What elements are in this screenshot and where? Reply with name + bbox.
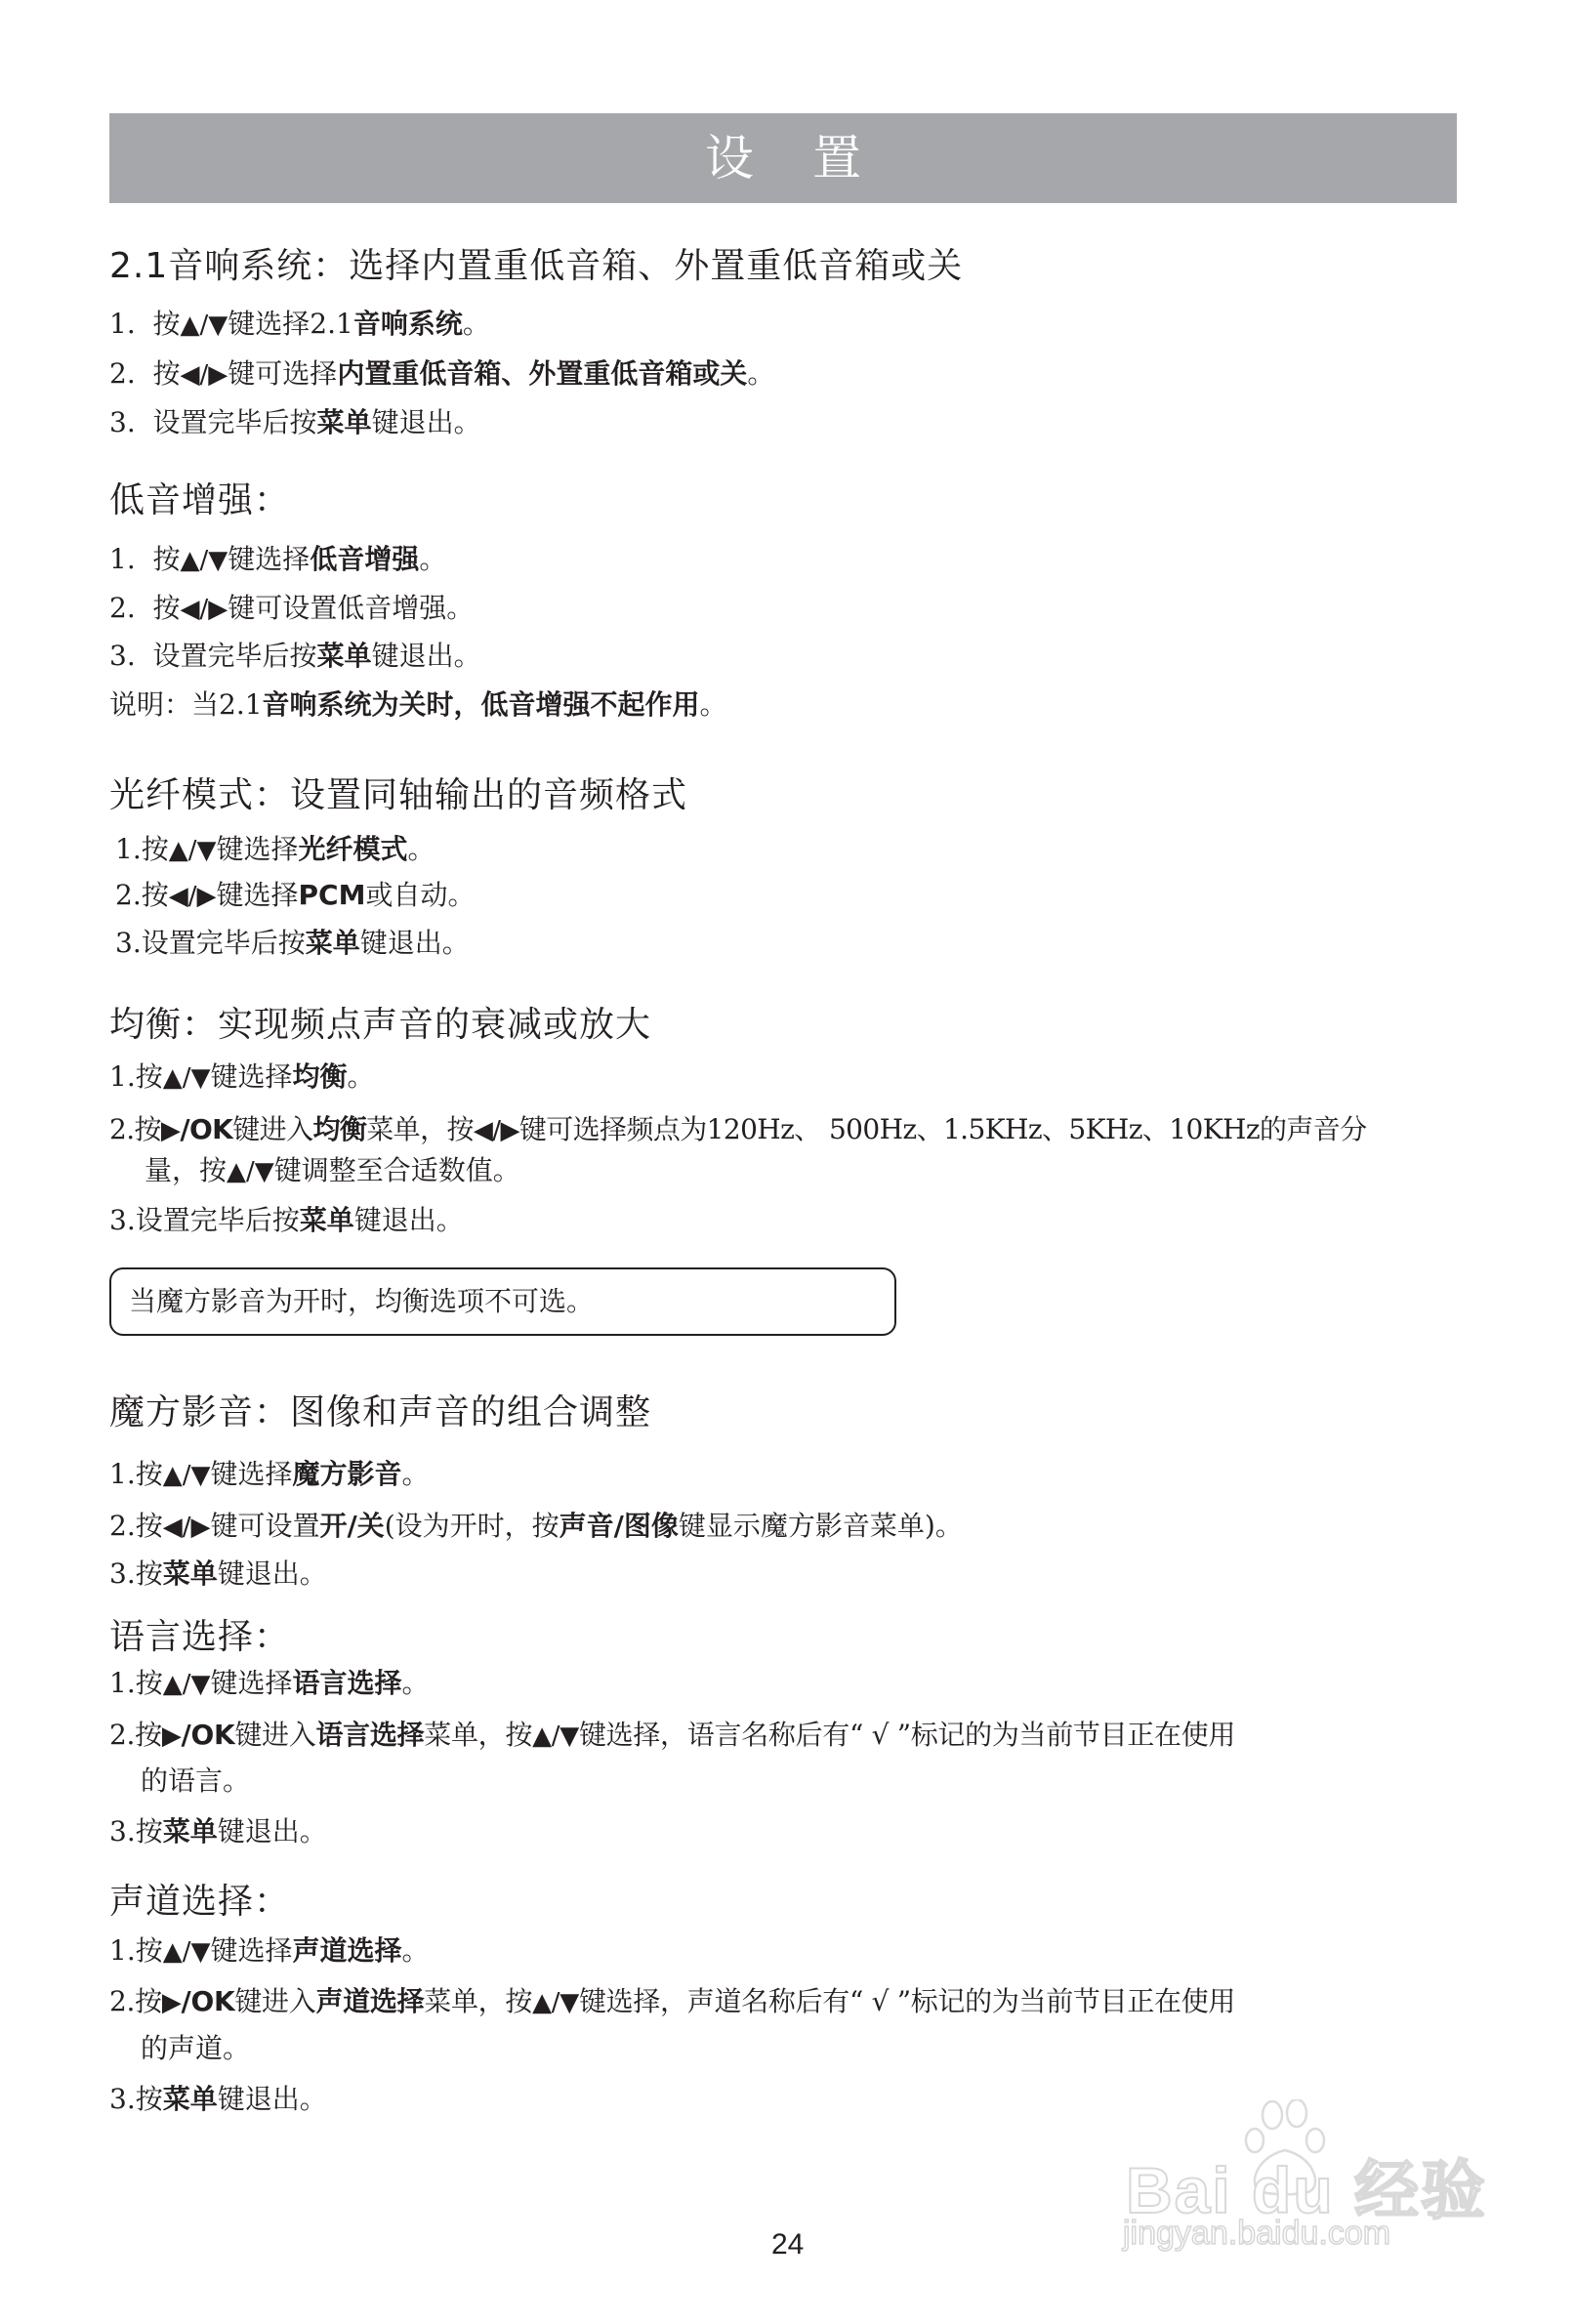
section-heading-equalizer: 均衡：实现频点声音的衰减或放大: [109, 1004, 651, 1047]
item-number: 1.: [109, 1667, 136, 1699]
item-text: 。: [463, 308, 490, 340]
item-text: 按: [142, 879, 169, 911]
left-right-arrow-icon: ◀/▶: [474, 1116, 519, 1145]
item-text: 键选择，声道名称后有“ √ ”标记的为当前节目正在使用: [579, 1985, 1235, 2017]
list-item-continuation: 量，按▲/▼键调整至合适数值。: [145, 1153, 520, 1189]
item-bold-text: 语言选择: [315, 1719, 424, 1751]
up-down-arrow-icon: ▲/▼: [163, 1937, 211, 1967]
item-number: 3.: [115, 927, 142, 959]
item-text: 键可设置低音增强。: [228, 592, 474, 624]
note-label: 说明：当2.1: [109, 688, 263, 721]
item-bold-text: 内置重低音箱、外置重低音箱或关: [337, 357, 747, 390]
list-item: 2.按▶/OK键进入语言选择菜单，按▲/▼键选择，语言名称后有“ √ ”标记的为…: [109, 1718, 1235, 1754]
item-bold-text: 声道选择: [315, 1985, 424, 2017]
item-number: 1.: [109, 1934, 136, 1967]
item-text: 键退出。: [218, 1557, 327, 1590]
item-number: 3.: [109, 1204, 136, 1236]
item-text: 按: [136, 1458, 163, 1490]
item-number: 2.: [109, 1113, 135, 1145]
item-text: 键退出。: [372, 640, 481, 672]
item-text: 键退出。: [360, 927, 470, 959]
item-text: 。: [747, 357, 774, 390]
page-title: 设 置: [683, 134, 883, 183]
item-text: 。: [402, 1667, 430, 1699]
item-text: 菜单，按: [424, 1985, 532, 2017]
list-item: 2. 按◀/▶键可设置低音增强。: [109, 591, 474, 627]
item-text: 键进入: [234, 1719, 315, 1751]
item-bold-text: 菜单: [317, 406, 372, 438]
section-heading-magic-av: 魔方影音：图像和声音的组合调整: [109, 1391, 651, 1434]
item-bold-text: 菜单: [317, 640, 372, 672]
item-text: 按: [136, 1510, 163, 1542]
up-down-arrow-icon: ▲/▼: [181, 311, 228, 340]
item-text: (设为开时，按: [385, 1510, 559, 1542]
right-arrow-icon: ▶: [162, 1722, 182, 1751]
item-text: 按: [136, 1060, 163, 1093]
item-number: 1.: [109, 1458, 136, 1490]
item-text: 。: [447, 879, 475, 911]
item-text: 键选择: [228, 543, 310, 575]
item-text: 键退出。: [354, 1204, 464, 1236]
list-item-continuation: 的声道。: [141, 2031, 250, 2066]
item-bold-text: PCM: [299, 879, 366, 911]
ok-key-label: /OK: [180, 1113, 232, 1145]
item-text: 的声道。: [141, 2032, 250, 2064]
list-item: 1.按▲/▼键选择语言选择。: [109, 1666, 430, 1702]
item-text: 键调整至合适数值。: [274, 1154, 520, 1186]
item-bold-text: 声音/图像: [559, 1510, 679, 1542]
item-text: 键退出。: [372, 406, 481, 438]
list-item: 1.按▲/▼键选择声道选择。: [109, 1933, 430, 1970]
item-number: 3.: [109, 640, 136, 672]
item-text: 。: [408, 833, 435, 865]
item-text: 的语言。: [141, 1764, 250, 1797]
baidu-watermark: Bai du 经验 jingyan.baidu.com: [1121, 2099, 1492, 2265]
item-number: 2.: [109, 592, 136, 624]
item-text: 设置完毕后按: [153, 640, 317, 672]
list-item: 2.按▶/OK键进入均衡菜单，按◀/▶键可选择频点为120Hz、 500Hz、1…: [109, 1112, 1367, 1148]
item-text: 设置完毕后按: [136, 1204, 300, 1236]
item-text: 按: [135, 1113, 161, 1145]
list-item: 1.按▲/▼键选择均衡。: [109, 1059, 375, 1096]
up-down-arrow-icon: ▲/▼: [163, 1670, 211, 1699]
item-bold-text: 均衡: [293, 1060, 348, 1093]
item-bold-text: 音响系统: [353, 308, 463, 340]
item-text: 键选择: [216, 879, 298, 911]
list-item: 1. 按▲/▼键选择低音增强。: [109, 542, 446, 578]
item-text: 键退出。: [218, 2083, 327, 2115]
up-down-arrow-icon: ▲/▼: [532, 1722, 579, 1751]
item-text: 按: [136, 1667, 163, 1699]
item-number: 2.: [109, 1985, 135, 2017]
item-number: 2.: [109, 1719, 135, 1751]
equalizer-note-box: 当魔方影音为开时，均衡选项不可选。: [109, 1267, 896, 1336]
note-text: 当魔方影音为开时，均衡选项不可选。: [129, 1284, 594, 1319]
item-bold-text: 菜单: [300, 1204, 354, 1236]
up-down-arrow-icon: ▲/▼: [227, 1157, 274, 1186]
item-text: 键选择: [210, 1060, 292, 1093]
list-item: 3.设置完毕后按菜单键退出。: [109, 1203, 464, 1238]
item-text: 键可选择: [228, 357, 337, 390]
list-item: 3.按菜单键退出。: [109, 1814, 327, 1849]
item-text: 键可选择频点为120Hz、 500Hz、1.5KHz、5KHz、10KHz的声音…: [519, 1113, 1367, 1145]
item-text: 量，按: [145, 1154, 227, 1186]
list-item: 2. 按◀/▶键可选择内置重低音箱、外置重低音箱或关。: [109, 356, 774, 393]
item-bold-text: 均衡: [312, 1113, 366, 1145]
note-bold-text: 音响系统为关时，低音增强不起作用: [263, 688, 700, 721]
item-number: 1.: [109, 543, 136, 575]
item-bold-text: 声道选择: [293, 1934, 402, 1967]
section-heading-bass-boost: 低音增强：: [109, 479, 290, 522]
item-bold-text: 菜单: [163, 1557, 218, 1590]
item-number: 2.: [109, 357, 136, 390]
list-item: 2.按▶/OK键进入声道选择菜单，按▲/▼键选择，声道名称后有“ √ ”标记的为…: [109, 1984, 1235, 2020]
up-down-arrow-icon: ▲/▼: [163, 1063, 211, 1093]
item-text: 键进入: [232, 1113, 312, 1145]
item-text: 键选择，语言名称后有“ √ ”标记的为当前节目正在使用: [579, 1719, 1235, 1751]
up-down-arrow-icon: ▲/▼: [163, 1461, 211, 1490]
item-bold-text: 菜单: [306, 927, 360, 959]
item-bold-text: 或自动: [365, 879, 447, 911]
item-bold-text: 光纤模式: [299, 833, 408, 865]
item-bold-text: 菜单: [163, 1815, 218, 1847]
list-item: 1. 按▲/▼键选择2.1音响系统。: [109, 307, 490, 343]
item-number: 3.: [109, 2083, 136, 2115]
right-arrow-icon: ▶: [162, 1988, 182, 2017]
item-text: 按: [136, 1934, 163, 1967]
item-text: 菜单，按: [424, 1719, 532, 1751]
item-text: 键可设置: [210, 1510, 319, 1542]
item-number: 1.: [115, 833, 142, 865]
section-heading-optical-mode: 光纤模式：设置同轴输出的音频格式: [109, 774, 687, 817]
item-text: 。: [419, 543, 446, 575]
item-number: 1.: [109, 308, 136, 340]
item-text: 键退出。: [218, 1815, 327, 1847]
list-item: 1.按▲/▼键选择光纤模式。: [115, 832, 435, 868]
ok-key-label: /OK: [182, 1719, 235, 1751]
list-item: 3. 设置完毕后按菜单键退出。: [109, 639, 481, 674]
list-item-continuation: 的语言。: [141, 1764, 250, 1799]
item-bold-text: 语言选择: [293, 1667, 402, 1699]
item-text: 按: [153, 543, 181, 575]
item-text: 按: [153, 357, 181, 390]
item-text: 。: [402, 1934, 430, 1967]
item-number: 3.: [109, 1815, 136, 1847]
item-text: 。: [402, 1458, 430, 1490]
item-text: 键选择: [210, 1934, 292, 1967]
section-note: 说明：当2.1音响系统为关时，低音增强不起作用。: [109, 687, 727, 723]
item-number: 2.: [115, 879, 142, 911]
left-right-arrow-icon: ◀/▶: [181, 595, 228, 624]
item-number: 1.: [109, 1060, 136, 1093]
item-number: 2.: [109, 1510, 136, 1542]
item-text: 键显示魔方影音菜单)。: [679, 1510, 963, 1542]
watermark-url: jingyan.baidu.com: [1123, 2215, 1390, 2253]
item-text: 按: [135, 1985, 162, 2017]
item-text: 。: [348, 1060, 375, 1093]
list-item: 3.按菜单键退出。: [109, 1556, 327, 1592]
item-text: 按: [136, 1557, 163, 1590]
list-item: 3. 设置完毕后按菜单键退出。: [109, 405, 481, 440]
item-number: 3.: [109, 406, 136, 438]
left-right-arrow-icon: ◀/▶: [169, 882, 217, 911]
item-text: 键选择: [210, 1667, 292, 1699]
note-text: 。: [700, 688, 727, 721]
item-text: 按: [153, 592, 181, 624]
item-text: 菜单，按: [366, 1113, 474, 1145]
page-number: 24: [771, 2228, 804, 2262]
item-bold-text: 开/关: [320, 1510, 385, 1542]
page-header-bar: 设 置: [109, 113, 1457, 203]
item-text: 按: [136, 1815, 163, 1847]
section-heading-2-1-audio: 2.1音响系统：选择内置重低音箱、外置重低音箱或关: [109, 245, 963, 288]
up-down-arrow-icon: ▲/▼: [169, 836, 217, 865]
item-text: 按: [136, 2083, 163, 2115]
item-text: 键选择2.1: [228, 308, 353, 340]
section-heading-channel-select: 声道选择：: [109, 1881, 290, 1924]
up-down-arrow-icon: ▲/▼: [181, 546, 228, 575]
list-item: 1.按▲/▼键选择魔方影音。: [109, 1457, 430, 1493]
item-text: 按: [142, 833, 169, 865]
ok-key-label: /OK: [182, 1985, 235, 2017]
list-item: 2.按◀/▶键选择PCM或自动。: [115, 878, 475, 914]
left-right-arrow-icon: ◀/▶: [163, 1513, 211, 1542]
list-item: 3.按菜单键退出。: [109, 2082, 327, 2117]
item-bold-text: 低音增强: [310, 543, 419, 575]
item-text: 键进入: [234, 1985, 315, 2017]
section-heading-language-select: 语言选择：: [109, 1616, 290, 1659]
up-down-arrow-icon: ▲/▼: [532, 1988, 579, 2017]
item-text: 键选择: [216, 833, 298, 865]
list-item: 2.按◀/▶键可设置开/关(设为开时，按声音/图像键显示魔方影音菜单)。: [109, 1509, 963, 1545]
left-right-arrow-icon: ◀/▶: [181, 360, 228, 390]
right-arrow-icon: ▶: [161, 1116, 180, 1145]
item-bold-text: 菜单: [163, 2083, 218, 2115]
item-text: 键选择: [210, 1458, 292, 1490]
item-text: 设置完毕后按: [142, 927, 306, 959]
item-number: 3.: [109, 1557, 136, 1590]
item-text: 按: [153, 308, 181, 340]
item-text: 按: [135, 1719, 162, 1751]
list-item: 3.设置完毕后按菜单键退出。: [115, 926, 470, 961]
item-text: 设置完毕后按: [153, 406, 317, 438]
item-bold-text: 魔方影音: [293, 1458, 402, 1490]
